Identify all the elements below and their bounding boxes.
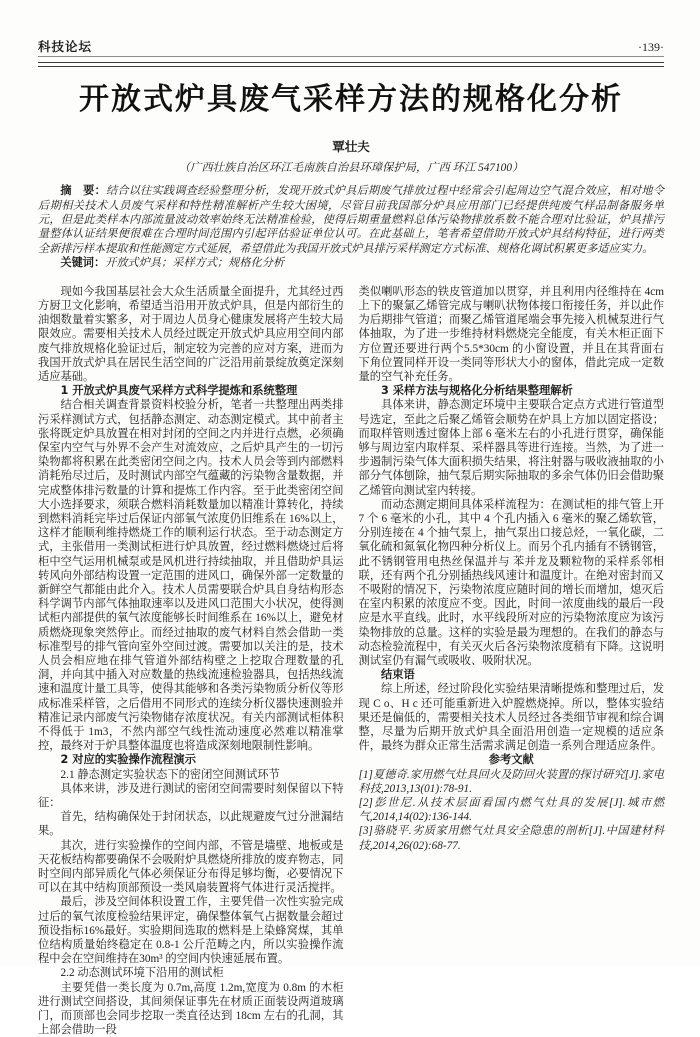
subsection-heading: 2.2 动态测试环境下沿用的测试柜 (38, 966, 344, 980)
running-head: 科技论坛 ·139· (38, 40, 664, 54)
header-rule-thin (38, 56, 664, 57)
two-column-body: 现如今我国基层社会大众生活质量全面提升，尤其经过西方厨卫文化影响，希望适当沿用开… (38, 285, 664, 1037)
paragraph: 具体来讲，静态测定环境中主要联合定点方式进行管道型号选定，至此之后聚乙烯管会顺势… (359, 398, 665, 497)
paragraph-continued: 类似喇叭形态的铁皮管道加以贯穿，并且利用内径维持在 4cm 上下的聚氯乙烯管完成… (359, 285, 665, 384)
abstract: 摘 要：结合以往实践调查经验整理分析，发现开放式炉具后期废气排放过程中经常会引起… (38, 184, 664, 256)
author-affiliation: （广西壮族自治区环江毛南族自治县环璋保护局，广西 环江 547100） (38, 159, 664, 175)
keywords: 关键词：开放式炉具；采样方式；规格化分析 (38, 256, 664, 271)
references-heading: 参考文献 (359, 753, 665, 767)
paragraph: 主要凭借一类长度为 0.7m,高度 1.2m,宽度为 0.8m 的木柜进行测试空… (38, 981, 344, 1037)
keywords-label: 关键词： (60, 256, 105, 269)
abstract-text: 结合以往实践调查经验整理分析，发现开放式炉具后期废气排放过程中经常会引起周边空气… (38, 185, 664, 255)
paragraph: 而动态测定期间具体采样流程为：在测试柜的排气管上开 7 个 6 毫米的小孔，其中… (359, 498, 665, 668)
paragraph: 具体来讲，涉及进行测试的密闭空间需要时刻保留以下特征： (38, 782, 344, 810)
reference-item: [3]骆晓平.劣质家用燃气灶具安全隐患的剖析[J].中国建材科技,2014,26… (359, 824, 665, 852)
page-number: ·139· (638, 40, 664, 54)
paragraph: 其次，进行实验操作的空间内部，不管是墙壁、地板或是天花板结构都要确保不会吸附炉具… (38, 839, 344, 896)
journal-section-label: 科技论坛 (38, 40, 92, 54)
section-heading: 1 开放式炉具废气采样方式科学提炼和系统整理 (38, 384, 344, 398)
article-title: 开放式炉具废气采样方法的规格化分析 (38, 83, 664, 117)
abstract-label: 摘 要： (60, 184, 106, 197)
subsection-heading: 2.1 静态测定实验状态下的密闭空间测试环节 (38, 768, 344, 782)
left-column: 现如今我国基层社会大众生活质量全面提升，尤其经过西方厨卫文化影响，希望适当沿用开… (38, 285, 344, 1037)
conclusion-heading: 结束语 (359, 668, 665, 682)
header-rule-double (38, 62, 664, 67)
paragraph: 综上所述，经过阶段化实验结果清晰提炼和整理过后，发现 C o、H c 还可能重新… (359, 682, 665, 753)
reference-item: [2]彭世尼.从技术层面看国内燃气灶具的发展[J].城市燃气,2014,14(0… (359, 796, 665, 824)
paragraph: 现如今我国基层社会大众生活质量全面提升，尤其经过西方厨卫文化影响，希望适当沿用开… (38, 285, 344, 384)
paper-page: 科技论坛 ·139· 开放式炉具废气采样方法的规格化分析 覃壮夫 （广西壮族自治… (0, 0, 700, 967)
paragraph: 最后，涉及空间体积设置工作，主要凭借一次性实验完成过后的氧气浓度检验结果评定，确… (38, 895, 344, 966)
section-heading: 2 对应的实验操作流程演示 (38, 753, 344, 767)
paragraph: 结合相关调查背景资料校验分析，笔者一共整理出两类排污采样测试方式，包括静态测定、… (38, 398, 344, 753)
section-heading: 3 采样方法与规格化分析结果整理解析 (359, 384, 665, 398)
author-name: 覃壮夫 (38, 137, 664, 155)
reference-item: [1]夏德奇.家用燃气灶具回火及防回火装置的探讨研究[J].家电科技,2013,… (359, 768, 665, 796)
keywords-text: 开放式炉具；采样方式；规格化分析 (105, 257, 284, 269)
right-column: 类似喇叭形态的铁皮管道加以贯穿，并且利用内径维持在 4cm 上下的聚氯乙烯管完成… (359, 285, 665, 1037)
paragraph: 首先，结构确保处于封闭状态，以此规避废气过分泄漏结果。 (38, 810, 344, 838)
